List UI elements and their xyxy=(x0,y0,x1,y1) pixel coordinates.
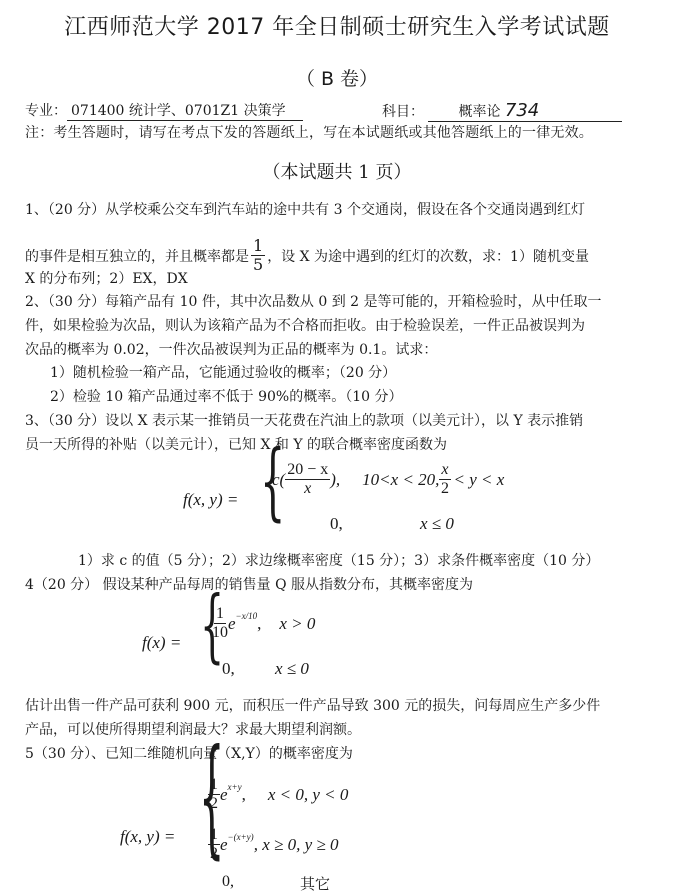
q2-line2: 件，如果检验为次品，则认为该箱产品为不合格而拒收。由于检验误差，一件正品被误判为 xyxy=(25,315,585,335)
q5-case3-cond: 其它 xyxy=(300,873,330,893)
q3-line2: 员一天所得的补贴（以美元计），已知 X 和 Y 的联合概率密度函数为 xyxy=(25,434,447,454)
q3-line1: 3、（30 分）设以 X 表示某一推销员一天花费在汽油上的款项（以美元计），以 … xyxy=(25,410,583,430)
q1-line2-post: ，设 X 为途中遇到的红灯的次数，求：1）随机变量 xyxy=(267,246,589,266)
frac-denominator: 2 xyxy=(441,480,449,497)
frac-numerator: 1 xyxy=(251,238,265,256)
subject-label: 科目： xyxy=(382,104,424,120)
q5-formula-lhs: f(x, y) = xyxy=(120,827,175,847)
q5-case2: 12 e−(x+y) , x ≥ 0, y ≥ 0 xyxy=(208,827,338,862)
q4-e: e xyxy=(228,614,236,634)
q5-case2-frac: 12 xyxy=(208,827,220,862)
q5-e1: e xyxy=(220,785,228,805)
q1-fraction: 15 xyxy=(251,238,265,273)
subject-code: 734 xyxy=(505,100,539,121)
q4-case2-cond: x ≤ 0 xyxy=(275,659,309,679)
q2-sub1: 1）随机检验一箱产品，它能通过验收的概率；（20 分） xyxy=(50,362,396,382)
q3-case2-cond: x ≤ 0 xyxy=(420,514,454,534)
q3-case1-frac: 20 − xx xyxy=(285,462,330,497)
page-count: （本试题共 1 页） xyxy=(0,158,674,184)
frac-numerator: 1 xyxy=(208,777,220,795)
q4-line2: 估计出售一件产品可获利 900 元，而积压一件产品导致 300 元的损失，问每周… xyxy=(25,695,600,715)
frac-denominator: 5 xyxy=(253,256,263,273)
q3-formula-lhs: f(x, y) = xyxy=(183,490,238,510)
paper-version: （ B 卷） xyxy=(0,64,674,91)
q4-case1-cond: x > 0 xyxy=(279,614,315,634)
q3-case1-cond-a: 10<x < 20, xyxy=(362,470,439,490)
frac-denominator: 10 xyxy=(212,624,228,641)
subject-value-box: 概率论 734 xyxy=(428,100,622,122)
q4-line3: 产品，可以使所得期望利润最大？求最大期望利润额。 xyxy=(25,719,361,739)
q5-case1-cond: x < 0, y < 0 xyxy=(268,785,349,805)
q1-line2-pre: 的事件是相互独立的，并且概率都是 xyxy=(25,246,249,266)
frac-numerator: x xyxy=(439,462,450,480)
q3-cond-frac: x2 xyxy=(439,462,450,497)
q4-exponent: −x/10 xyxy=(236,611,258,621)
q4-line1: 4（20 分） 假设某种产品每周的销售量 Q 服从指数分布，其概率密度为 xyxy=(25,574,473,594)
q5-case1: 12 ex+y, x < 0, y < 0 xyxy=(208,777,348,812)
q4-case1-frac: 110 xyxy=(212,606,228,641)
q3-case1: c( 20 − xx ), 10<x < 20, x2 < y < x xyxy=(272,462,504,497)
q3-subs: 1）求 c 的值（5 分）；2）求边缘概率密度（15 分）；3）求条件概率密度（… xyxy=(78,550,599,570)
frac-denominator: 2 xyxy=(210,795,218,812)
q5-exponent1: x+y xyxy=(228,782,242,792)
q5-exponent2: −(x+y) xyxy=(228,832,254,842)
q4-case2-val: 0, xyxy=(222,659,235,679)
q3-case1-pre: c( xyxy=(272,470,285,490)
frac-denominator: 2 xyxy=(210,845,218,862)
frac-numerator: 20 − x xyxy=(285,462,330,480)
frac-numerator: 1 xyxy=(214,606,226,624)
q2-line3: 次品的概率为 0.02，一件次品被误判为正品的概率为 0.1。试求： xyxy=(25,339,437,359)
q5-e2: e xyxy=(220,835,228,855)
major-value: 071400 统计学、0701Z1 决策学 xyxy=(67,100,303,121)
subject-value: 概率论 xyxy=(458,104,500,120)
q3-case2-val: 0, xyxy=(330,514,343,534)
q4-case1: 110 e−x/10, x > 0 xyxy=(212,606,315,641)
subject-field: 科目： 概率论 734 xyxy=(382,100,622,122)
q2-line1: 2、（30 分）每箱产品有 10 件，其中次品数从 0 到 2 是等可能的，开箱… xyxy=(25,291,602,311)
q5-case2-cond: , x ≥ 0, y ≥ 0 xyxy=(254,835,339,855)
q4-formula-lhs: f(x) = xyxy=(142,633,181,653)
q1-line3: X 的分布列；2）EX，DX xyxy=(25,268,188,288)
q3-case1-cond-b: < y < x xyxy=(454,470,505,490)
q5-case1-frac: 12 xyxy=(208,777,220,812)
q1-line1: 1、（20 分）从学校乘公交车到汽车站的途中共有 3 个交通岗，假设在各个交通岗… xyxy=(25,199,585,219)
q3-case1-post: ), xyxy=(330,470,340,490)
q5-case3-val: 0, xyxy=(222,873,234,891)
frac-denominator: x xyxy=(304,480,311,497)
notice: 注：考生答题时，请写在考点下发的答题纸上，写在本试题纸或其他答题纸上的一律无效。 xyxy=(25,122,593,142)
major-field: 专业：071400 统计学、0701Z1 决策学 xyxy=(25,100,303,121)
exam-title: 江西师范大学 2017 年全日制硕士研究生入学考试试题 xyxy=(0,10,674,41)
q5-line1: 5（30 分）、已知二维随机向量（X,Y）的概率密度为 xyxy=(25,743,353,763)
major-label: 专业： xyxy=(25,103,67,119)
frac-numerator: 1 xyxy=(208,827,220,845)
q2-sub2: 2）检验 10 箱产品通过率不低于 90%的概率。（10 分） xyxy=(50,386,402,406)
